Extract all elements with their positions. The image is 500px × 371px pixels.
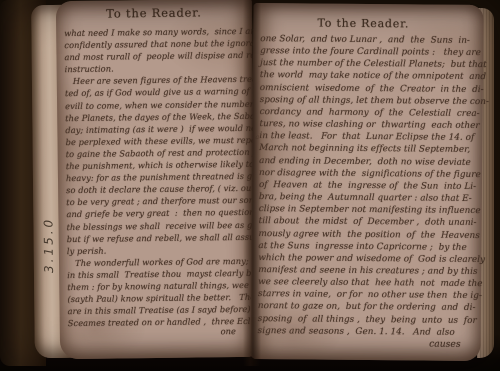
running-header-right: To the Reader. [253, 16, 483, 31]
catchword-right: causes [429, 339, 461, 350]
text-line: till about the midst of December , doth … [259, 215, 467, 229]
right-page: To the Reader. a one Solar, and two Luna… [250, 3, 483, 361]
handwritten-shelfmark: 3.15.0 [41, 143, 56, 273]
text-line: signes and seasons , Gen. 1. 14. And als… [258, 325, 466, 339]
left-page-text-block: what need I make so many words, since I … [64, 25, 251, 330]
open-book-photo: 3.15.0 To the Reader. what need I make s… [0, 0, 500, 371]
right-page-text-block: one Solar, and two Lunar , and the Suns … [258, 33, 469, 339]
text-line: but if we refuse and rebell, we shall al… [67, 230, 250, 244]
catchword-left: one [221, 326, 236, 336]
left-page: To the Reader. what need I make so many … [56, 0, 256, 359]
running-header-left: To the Reader. [56, 5, 252, 21]
